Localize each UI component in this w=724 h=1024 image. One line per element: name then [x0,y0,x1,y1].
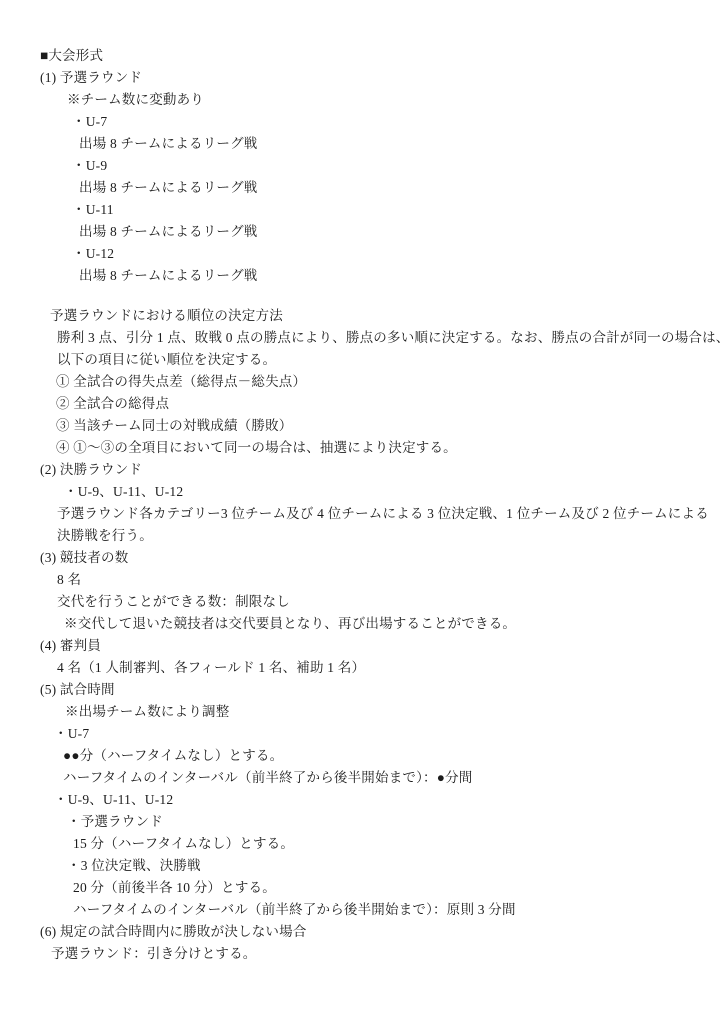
document-line: ハーフタイムのインターバル（前半終了から後半開始まで）：原則 3 分間 [40,899,686,921]
document-line: ※チーム数に変動あり [40,89,686,111]
document-line: 以下の項目に従い順位を決定する。 [40,349,686,371]
document-line: ・U-9、U-11、U-12 [40,789,686,811]
document-page: ■大会形式 (1) 予選ラウンド※チーム数に変動あり・U-7出場 8 チームによ… [0,0,724,1024]
document-line: 決勝戦を行う。 [40,525,686,547]
document-line: ・U-9 [40,155,686,177]
document-line: 出場 8 チームによるリーグ戦 [40,221,686,243]
document-line: 8 名 [40,569,686,591]
document-line: ④ ①～③の全項目において同一の場合は、抽選により決定する。 [40,437,686,459]
document-line: (6) 規定の試合時間内に勝敗が決しない場合 [40,921,686,943]
document-line: 予選ラウンド各カテゴリー3 位チーム及び 4 位チームによる 3 位決定戦、1 … [40,503,686,525]
document-line: ・U-7 [40,723,686,745]
document-line: 勝利 3 点、引分 1 点、敗戦 0 点の勝点により、勝点の多い順に決定する。な… [40,327,686,349]
document-line: ●●分（ハーフタイムなし）とする。 [40,745,686,767]
document-line: 20 分（前後半各 10 分）とする。 [40,877,686,899]
document-line: ③ 当該チーム同士の対戦成績（勝敗） [40,415,686,437]
document-line: ・U-9、U-11、U-12 [40,481,686,503]
document-body: (1) 予選ラウンド※チーム数に変動あり・U-7出場 8 チームによるリーグ戦・… [40,67,686,965]
document-line: ・U-11 [40,199,686,221]
document-line: ・予選ラウンド [40,811,686,833]
document-line: ・U-12 [40,243,686,265]
document-heading: ■大会形式 [40,45,686,67]
document-line: 予選ラウンド：引き分けとする。 [40,943,686,965]
document-line: 出場 8 チームによるリーグ戦 [40,133,686,155]
document-line: ・U-7 [40,111,686,133]
document-line: 出場 8 チームによるリーグ戦 [40,177,686,199]
blank-line [40,287,686,305]
document-line: ハーフタイムのインターバル（前半終了から後半開始まで）：●分間 [40,767,686,789]
document-line: ① 全試合の得失点差（総得点－総失点） [40,371,686,393]
document-line: (2) 決勝ラウンド [40,459,686,481]
document-line: ② 全試合の総得点 [40,393,686,415]
document-line: (1) 予選ラウンド [40,67,686,89]
document-line: 4 名（1 人制審判、各フィールド 1 名、補助 1 名） [40,657,686,679]
document-line: (5) 試合時間 [40,679,686,701]
document-line: 予選ラウンドにおける順位の決定方法 [40,305,686,327]
document-line: 交代を行うことができる数：制限なし [40,591,686,613]
document-line: (3) 競技者の数 [40,547,686,569]
document-line: 15 分（ハーフタイムなし）とする。 [40,833,686,855]
document-line: ・3 位決定戦、決勝戦 [40,855,686,877]
document-line: 出場 8 チームによるリーグ戦 [40,265,686,287]
document-line: ※交代して退いた競技者は交代要員となり、再び出場することができる。 [40,613,686,635]
document-line: ※出場チーム数により調整 [40,701,686,723]
document-line: (4) 審判員 [40,635,686,657]
